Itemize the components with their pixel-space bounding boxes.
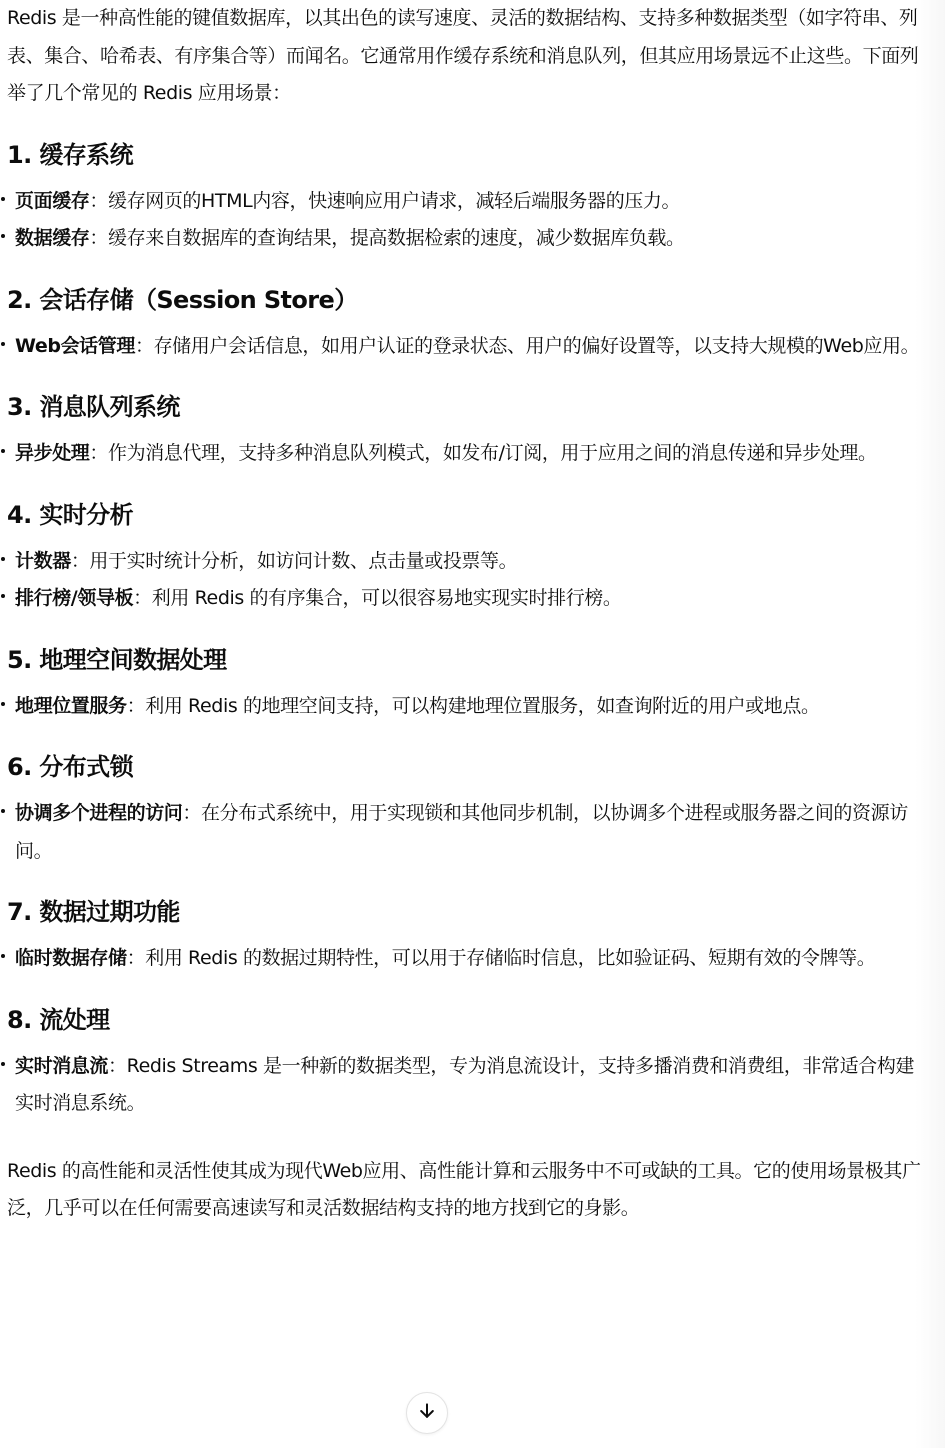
item-term: 异步处理 [15, 442, 89, 464]
item-term: 实时消息流 [15, 1055, 108, 1077]
section-list-distributed-lock: 协调多个进程的访问：在分布式系统中，用于实现锁和其他同步机制，以协调多个进程或服… [7, 795, 929, 870]
section-list-stream-processing: 实时消息流：Redis Streams 是一种新的数据类型，专为消息流设计，支持… [7, 1048, 929, 1123]
list-item: Web会话管理：存储用户会话信息，如用户认证的登录状态、用户的偏好设置等，以支持… [7, 328, 929, 366]
item-term: 地理位置服务 [15, 695, 127, 717]
section-list-session-store: Web会话管理：存储用户会话信息，如用户认证的登录状态、用户的偏好设置等，以支持… [7, 328, 929, 366]
item-sep: ： [182, 802, 201, 824]
item-term: Web会话管理 [15, 335, 135, 357]
section-title-geospatial: 5. 地理空间数据处理 [7, 644, 929, 676]
list-item: 页面缓存：缓存网页的HTML内容，快速响应用户请求，减轻后端服务器的压力。 [7, 183, 929, 221]
item-term: 页面缓存 [15, 190, 89, 212]
section-title-stream-processing: 8. 流处理 [7, 1004, 929, 1036]
item-desc: 缓存网页的HTML内容，快速响应用户请求，减轻后端服务器的压力。 [108, 190, 680, 212]
item-term: 排行榜/领导板 [15, 587, 133, 609]
item-desc: 利用 Redis 的数据过期特性，可以用于存储临时信息，比如验证码、短期有效的令… [145, 947, 875, 969]
section-list-geospatial: 地理位置服务：利用 Redis 的地理空间支持，可以构建地理位置服务，如查询附近… [7, 688, 929, 726]
section-title-data-expiration: 7. 数据过期功能 [7, 896, 929, 928]
item-sep: ： [108, 1055, 127, 1077]
item-sep: ： [127, 947, 146, 969]
item-sep: ： [71, 550, 90, 572]
section-list-caching: 页面缓存：缓存网页的HTML内容，快速响应用户请求，减轻后端服务器的压力。 数据… [7, 183, 929, 258]
list-item: 排行榜/领导板：利用 Redis 的有序集合，可以很容易地实现实时排行榜。 [7, 580, 929, 618]
item-desc: 存储用户会话信息，如用户认证的登录状态、用户的偏好设置等，以支持大规模的Web应… [154, 335, 920, 357]
item-desc: 作为消息代理，支持多种消息队列模式，如发布/订阅，用于应用之间的消息传递和异步处… [108, 442, 877, 464]
item-sep: ： [133, 587, 152, 609]
list-item: 临时数据存储：利用 Redis 的数据过期特性，可以用于存储临时信息，比如验证码… [7, 940, 929, 978]
item-term: 数据缓存 [15, 227, 89, 249]
section-list-realtime-analytics: 计数器：用于实时统计分析，如访问计数、点击量或投票等。 排行榜/领导板：利用 R… [7, 543, 929, 618]
section-list-message-queue: 异步处理：作为消息代理，支持多种消息队列模式，如发布/订阅，用于应用之间的消息传… [7, 435, 929, 473]
item-term: 协调多个进程的访问 [15, 802, 182, 824]
section-title-session-store: 2. 会话存储（Session Store） [7, 284, 929, 316]
outro-paragraph: Redis 的高性能和灵活性使其成为现代Web应用、高性能计算和云服务中不可或缺… [7, 1153, 929, 1228]
item-desc: 利用 Redis 的有序集合，可以很容易地实现实时排行榜。 [152, 587, 622, 609]
list-item: 计数器：用于实时统计分析，如访问计数、点击量或投票等。 [7, 543, 929, 581]
list-item: 实时消息流：Redis Streams 是一种新的数据类型，专为消息流设计，支持… [7, 1048, 929, 1123]
item-desc: 缓存来自数据库的查询结果，提高数据检索的速度，减少数据库负载。 [108, 227, 685, 249]
list-item: 地理位置服务：利用 Redis 的地理空间支持，可以构建地理位置服务，如查询附近… [7, 688, 929, 726]
item-desc: 利用 Redis 的地理空间支持，可以构建地理位置服务，如查询附近的用户或地点。 [145, 695, 819, 717]
arrow-down-icon [417, 1401, 437, 1425]
message-content: Redis 是一种高性能的键值数据库，以其出色的读写速度、灵活的数据结构、支持多… [7, 0, 929, 1228]
item-term: 计数器 [15, 550, 71, 572]
item-term: 临时数据存储 [15, 947, 127, 969]
list-item: 数据缓存：缓存来自数据库的查询结果，提高数据检索的速度，减少数据库负载。 [7, 220, 929, 258]
section-list-data-expiration: 临时数据存储：利用 Redis 的数据过期特性，可以用于存储临时信息，比如验证码… [7, 940, 929, 978]
item-sep: ： [89, 442, 108, 464]
scroll-to-bottom-button[interactable] [406, 1392, 448, 1434]
section-title-distributed-lock: 6. 分布式锁 [7, 751, 929, 783]
list-item: 异步处理：作为消息代理，支持多种消息队列模式，如发布/订阅，用于应用之间的消息传… [7, 435, 929, 473]
section-title-caching: 1. 缓存系统 [7, 139, 929, 171]
item-desc: Redis Streams 是一种新的数据类型，专为消息流设计，支持多播消费和消… [15, 1055, 914, 1115]
section-title-message-queue: 3. 消息队列系统 [7, 391, 929, 423]
item-sep: ： [89, 190, 108, 212]
section-title-realtime-analytics: 4. 实时分析 [7, 499, 929, 531]
item-sep: ： [135, 335, 154, 357]
item-sep: ： [127, 695, 146, 717]
list-item: 协调多个进程的访问：在分布式系统中，用于实现锁和其他同步机制，以协调多个进程或服… [7, 795, 929, 870]
intro-paragraph: Redis 是一种高性能的键值数据库，以其出色的读写速度、灵活的数据结构、支持多… [7, 0, 929, 113]
item-sep: ： [89, 227, 108, 249]
item-desc: 用于实时统计分析，如访问计数、点击量或投票等。 [89, 550, 517, 572]
